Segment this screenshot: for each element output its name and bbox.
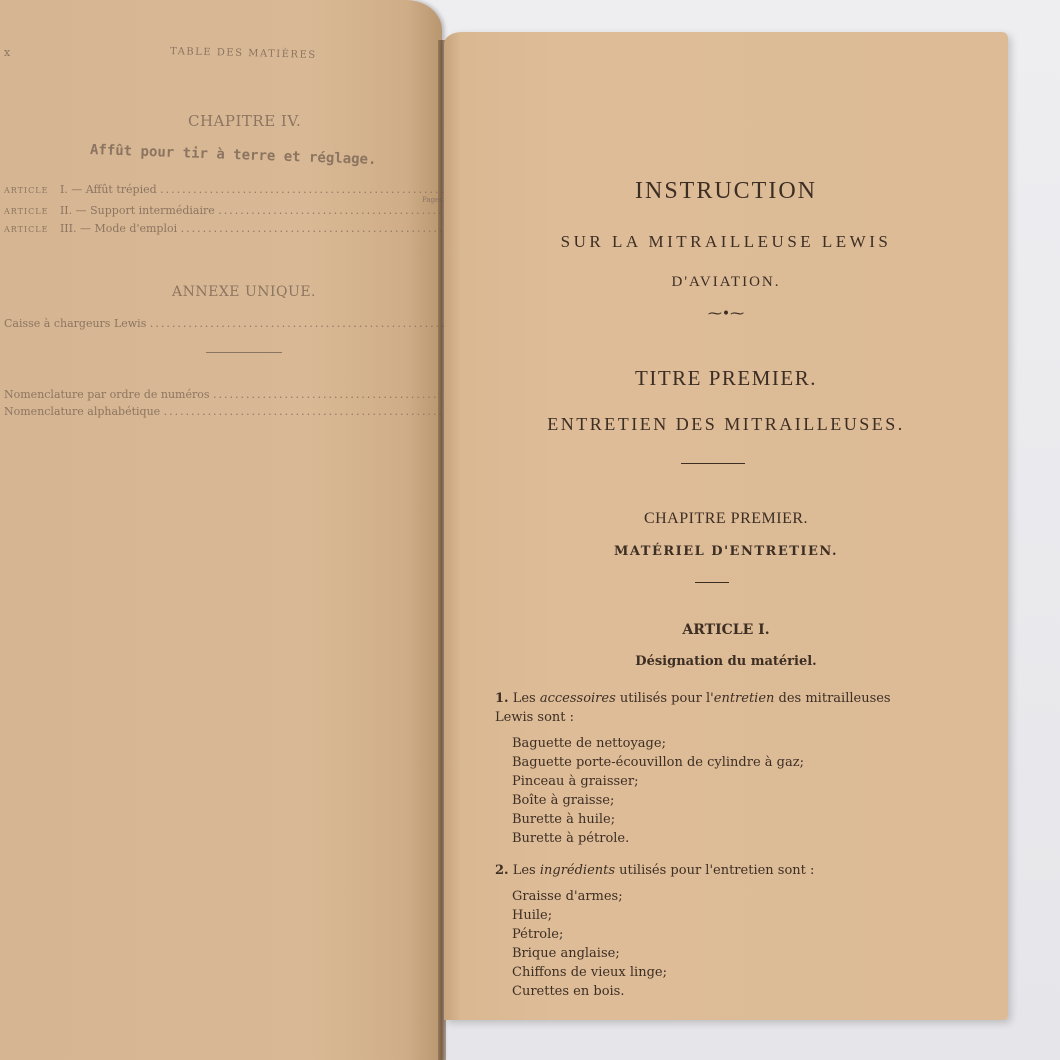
toc-entry: ARTICLE III. — Mode d'emploi ...........… (4, 222, 477, 235)
emphasis-text: accessoires (540, 691, 616, 706)
list-item: Pétrole; (512, 925, 667, 944)
toc-entry: Nomenclature alphabétique ..............… (4, 405, 461, 418)
annexe-heading: ANNEXE UNIQUE. (172, 284, 316, 300)
section-divider (206, 352, 282, 353)
section-divider (681, 463, 745, 464)
chapter-heading: CHAPITRE PREMIER. (444, 510, 1008, 528)
list-item: Burette à huile; (512, 810, 804, 829)
emphasis-text: entretien (714, 691, 775, 706)
document-title: INSTRUCTION (444, 178, 1008, 205)
article-heading: ARTICLE I. (444, 622, 1008, 638)
list-item: Huile; (512, 906, 667, 925)
toc-article-label: ARTICLE (4, 225, 48, 234)
leader-dots: ........................................… (181, 222, 478, 235)
toc-article-label: ARTICLE (4, 207, 48, 216)
toc-entry-title: Nomenclature par ordre de numéros (4, 388, 210, 401)
titre-heading: TITRE PREMIER. (444, 366, 1008, 391)
list-item: Burette à pétrole. (512, 829, 804, 848)
list-item: Baguette porte-écouvillon de cylindre à … (512, 753, 804, 772)
list-item: Curettes en bois. (512, 982, 667, 1001)
list-item: Chiffons de vieux linge; (512, 963, 667, 982)
ornament-divider: ⁓•⁓ (444, 306, 1008, 322)
left-page: x TABLE DES MATIÈRES CHAPITRE IV. Affût … (0, 0, 442, 1060)
accessories-list: Baguette de nettoyage; Baguette porte-éc… (512, 734, 804, 848)
paragraph-1: 1. Les accessoires utilisés pour l'entre… (495, 689, 925, 727)
running-header: TABLE DES MATIÈRES (170, 46, 317, 61)
toc-chapter-heading: CHAPITRE IV. (188, 112, 301, 130)
toc-entry-title: Nomenclature alphabétique (4, 405, 160, 418)
toc-entry-title: Caisse à chargeurs Lewis (4, 317, 146, 330)
list-item: Boîte à graisse; (512, 791, 804, 810)
toc-entry: ARTICLE I. — Affût trépied .............… (4, 183, 457, 196)
list-item: Graisse d'armes; (512, 887, 667, 906)
paragraph-text: utilisés pour l'entretien sont : (615, 863, 814, 878)
leader-dots: ........................................… (150, 317, 447, 330)
titre-subtitle: ENTRETIEN DES MITRAILLEUSES. (444, 414, 1008, 435)
paragraph-text: Les (509, 863, 540, 878)
paragraph-text: Les (509, 691, 540, 706)
article-title: Désignation du matériel. (444, 654, 1008, 669)
toc-entry: Caisse à chargeurs Lewis ...............… (4, 317, 447, 330)
toc-article-title: Support intermédiaire (90, 204, 215, 217)
chapter-title: MATÉRIEL D'ENTRETIEN. (444, 544, 1008, 559)
paragraph-text: utilisés pour l' (616, 691, 714, 706)
leader-dots: ........................................… (164, 405, 461, 418)
paragraph-2: 2. Les ingrédients utilisés pour l'entre… (495, 861, 925, 880)
document-subtitle-2: D'AVIATION. (444, 274, 1008, 291)
toc-chapter-title: Affût pour tir à terre et réglage. (90, 142, 377, 168)
toc-entry: Nomenclature par ordre de numéros ......… (4, 388, 510, 401)
toc-article-title: Mode d'emploi (94, 222, 177, 235)
page-number: x (4, 46, 10, 59)
emphasis-text: ingrédients (540, 863, 615, 878)
toc-article-title: Affût trépied (86, 183, 157, 196)
section-divider (695, 582, 729, 583)
list-item: Pinceau à graisser; (512, 772, 804, 791)
toc-article-number: I. — (60, 183, 82, 196)
toc-article-number: III. — (60, 222, 91, 235)
ingredients-list: Graisse d'armes; Huile; Pétrole; Brique … (512, 887, 667, 1001)
document-subtitle: SUR LA MITRAILLEUSE LEWIS (444, 232, 1008, 252)
paragraph-number: 2. (495, 863, 509, 878)
leader-dots: ........................................… (160, 183, 457, 196)
toc-article-number: II. — (60, 204, 87, 217)
paragraph-number: 1. (495, 691, 509, 706)
list-item: Baguette de nettoyage; (512, 734, 804, 753)
list-item: Brique anglaise; (512, 944, 667, 963)
toc-article-label: ARTICLE (4, 186, 48, 195)
